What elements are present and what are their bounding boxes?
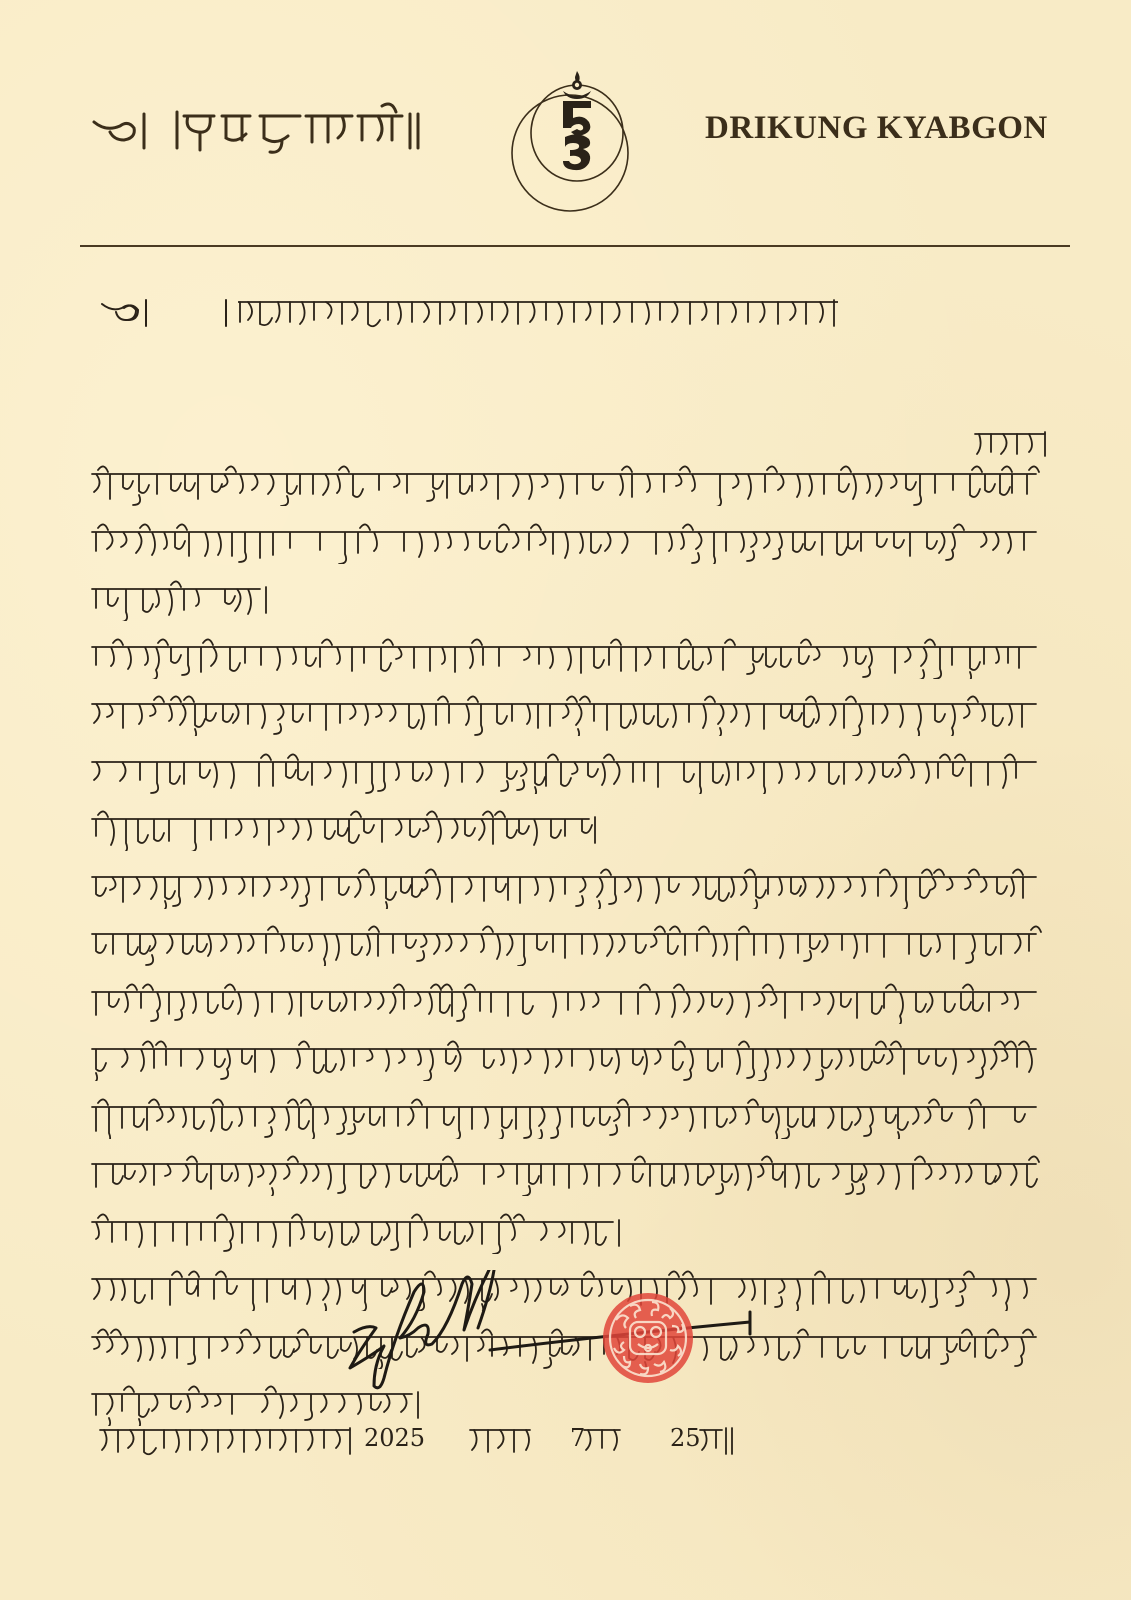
body-text-line [90, 980, 1050, 1024]
body-text-line [90, 520, 1050, 564]
letterhead: Drikung Kyabgon (Tibetan script) [0, 0, 1131, 250]
seal-stamp-icon [600, 1290, 696, 1386]
red-seal [600, 1290, 696, 1386]
tibetan-script-icon [90, 577, 274, 621]
tibetan-script-icon [973, 420, 1053, 464]
closing-month: 7 [570, 1418, 585, 1458]
closing-year: 2025 [364, 1418, 425, 1458]
body-text-line [90, 750, 1050, 794]
tibetan-script-icon [90, 865, 1050, 909]
body-text-line [90, 807, 603, 851]
tibetan-script-icon [90, 692, 1050, 736]
tibetan-script-icon [98, 290, 858, 334]
handwritten-signature-icon [340, 1270, 780, 1410]
body-text-line [90, 1210, 627, 1254]
tibetan-script-icon [90, 807, 603, 851]
subject-line: Tibetan-script subject line [98, 290, 858, 334]
tibetan-script-icon [90, 1037, 1050, 1081]
tibetan-script-icon [90, 520, 1050, 564]
body-text-line [90, 462, 1050, 506]
drikung-emblem-logo [505, 65, 635, 215]
drikung-emblem-icon [505, 65, 635, 215]
salutation: Tibetan-script salutation [973, 420, 1053, 464]
closing-day: 25 [670, 1418, 701, 1458]
body-text-line [90, 1095, 1050, 1139]
tibetan-script-icon [90, 1095, 1050, 1139]
tibetan-script-icon [90, 922, 1050, 966]
tibetan-script-icon [90, 635, 1050, 679]
tibetan-script-icon [90, 462, 1050, 506]
header-divider [80, 245, 1070, 247]
body-text-line [90, 865, 1050, 909]
tibetan-script-icon [90, 750, 1050, 794]
body-text-line [90, 922, 1050, 966]
tibetan-script-icon [90, 980, 1050, 1024]
body-text-line [90, 1152, 1050, 1196]
letter-page: Drikung Kyabgon (Tibetan script) [0, 0, 1131, 1600]
tibetan-title-script-icon [92, 100, 462, 160]
body-text-line [90, 692, 1050, 736]
body-text-line [90, 577, 274, 621]
brand-name: DRIKUNG KYABGON [705, 110, 1048, 147]
body-text-line [90, 1037, 1050, 1081]
body-text-line [90, 635, 1050, 679]
tibetan-script-icon [90, 1152, 1050, 1196]
tibetan-script-icon [90, 1210, 627, 1254]
tibetan-title: Drikung Kyabgon (Tibetan script) [92, 100, 462, 160]
signature [340, 1270, 780, 1410]
